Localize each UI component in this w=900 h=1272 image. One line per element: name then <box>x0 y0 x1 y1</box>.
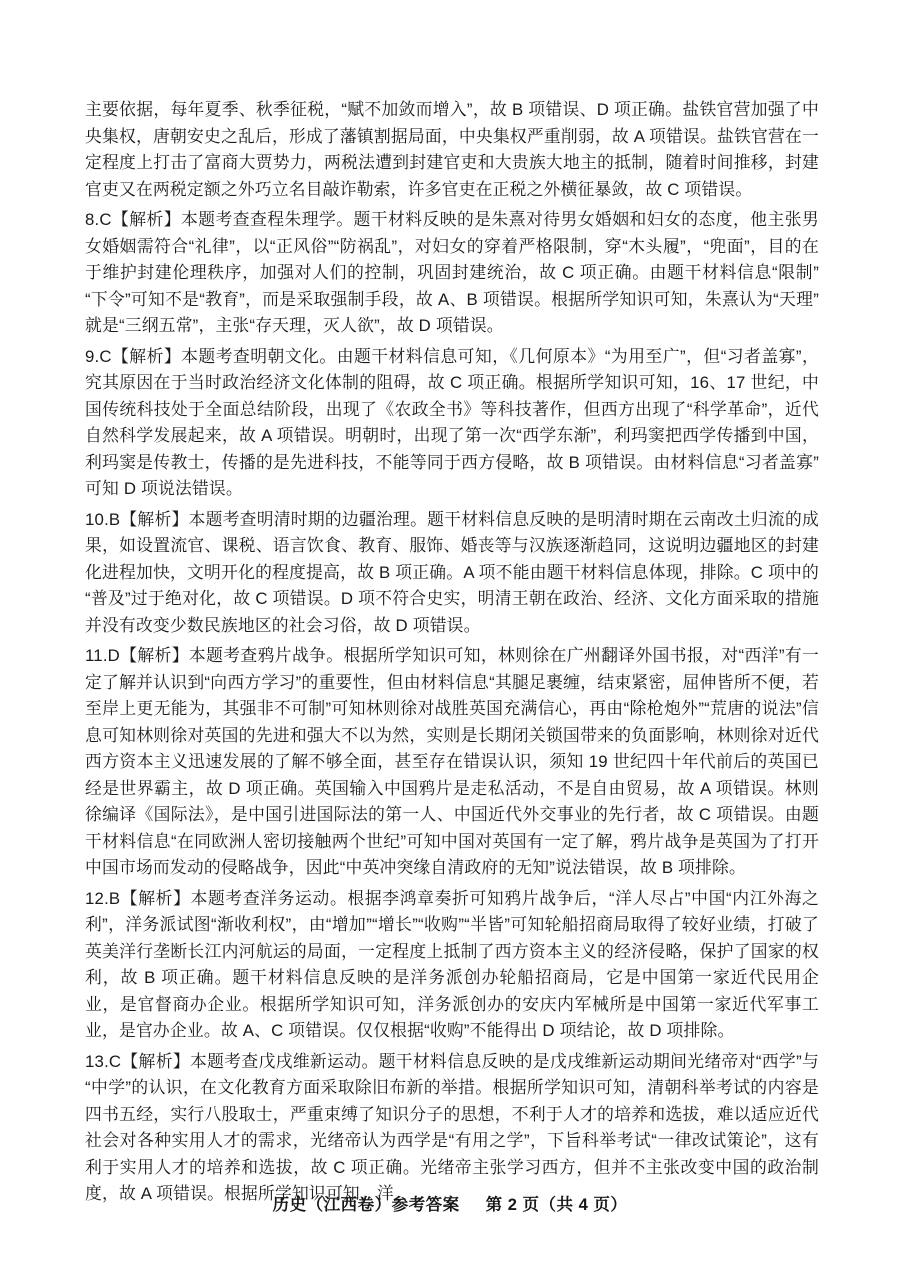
scanned-answer-page: 主要依据，每年夏季、秋季征税，“赋不加敛而增入”，故 B 项错误、D 项正确。盐… <box>0 0 900 1272</box>
continued-paragraph-q7: 主要依据，每年夏季、秋季征税，“赋不加敛而增入”，故 B 项错误、D 项正确。盐… <box>85 97 819 203</box>
answer-paragraph-8c: 8.C【解析】本题考查查程朱理学。题干材料反映的是朱熹对待男女婚姻和妇女的态度，… <box>85 207 819 340</box>
footer-document-title: 历史（江西卷）参考答案 <box>273 1196 460 1214</box>
answer-text-block: 主要依据，每年夏季、秋季征税，“赋不加敛而增入”，故 B 项错误、D 项正确。盐… <box>85 97 819 1212</box>
footer-page-number: 第 2 页（共 4 页） <box>486 1196 628 1214</box>
page-footer: 历史（江西卷）参考答案第 2 页（共 4 页） <box>0 1191 900 1215</box>
answer-paragraph-13c: 13.C【解析】本题考查戊戌维新运动。题干材料信息反映的是戊戌维新运动期间光绪帝… <box>85 1049 819 1208</box>
answer-paragraph-11d: 11.D【解析】本题考查鸦片战争。根据所学知识可知，林则徐在广州翻译外国书报，对… <box>85 643 819 882</box>
answer-paragraph-10b: 10.B【解析】本题考查明清时期的边疆治理。题干材料信息反映的是明清时期在云南改… <box>85 507 819 640</box>
answer-paragraph-9c: 9.C【解析】本题考查明朝文化。由题干材料信息可知，《几何原本》“为用至广”，但… <box>85 344 819 503</box>
answer-paragraph-12b: 12.B【解析】本题考查洋务运动。根据李鸿章奏折可知鸦片战争后，“洋人尽占”中国… <box>85 886 819 1045</box>
